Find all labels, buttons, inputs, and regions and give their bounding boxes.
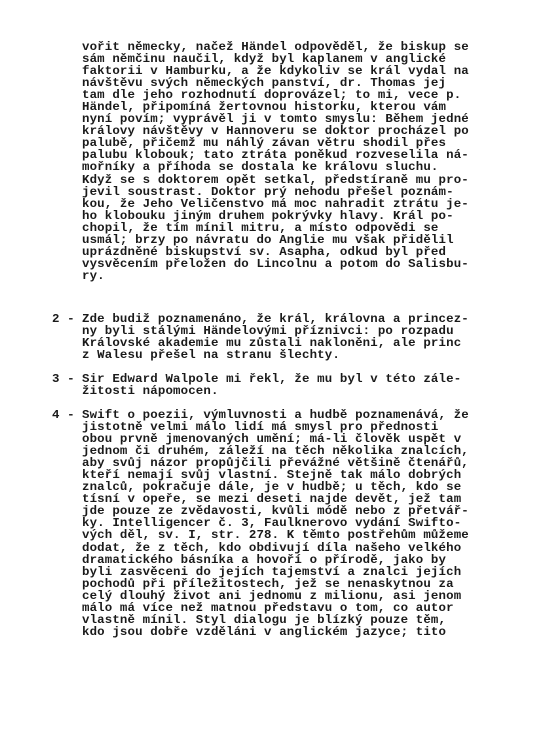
text-line: dodat, že z těch, kdo obdivují díla naše…	[82, 542, 469, 554]
footnote-body: Zde budiž poznamenáno, že král, královna…	[82, 313, 469, 361]
typewritten-page: vořit německy, načež Händel odpověděl, ž…	[0, 0, 541, 738]
text-line: byli zasvěceni do jejích tajemství a zna…	[82, 566, 469, 578]
text-line: celý dlouhý život ani jednomu z milionu,…	[82, 590, 469, 602]
footnote-marker: 2 -	[52, 313, 82, 325]
text-line: vých děl, sv. I, str. 278. K těmto postř…	[82, 529, 469, 541]
text-line: ho klobouku jiným druhem pokrývky hlavy.…	[82, 210, 469, 222]
text-line: kou, že Jeho Veličenstvo má moc nahradit…	[82, 198, 469, 210]
text-line: vysvěcením přeložen do Lincolnu a potom …	[82, 258, 469, 270]
footnote-marker: 3 -	[52, 373, 82, 385]
text-line: dramatického básníka a hovoří o přírodě,…	[82, 554, 469, 566]
text-line: chopil, že tím mínil mitru, a místo odpo…	[82, 222, 469, 234]
footnote-body: Swift o poezii, výmluvnosti a hudbě pozn…	[82, 409, 469, 638]
footnote-marker: 4 -	[52, 409, 82, 421]
text-line: Když se s doktorem opět setkal, předstír…	[82, 174, 469, 186]
text-line: usmál; brzy po návratu do Anglie mu však…	[82, 234, 469, 246]
footnote-2: 2 - Zde budiž poznamenáno, že král, král…	[52, 313, 82, 361]
text-line: z Walesu přešel na stranu šlechty.	[82, 349, 469, 361]
text-line: pochodů při příležitostech, jež se nenas…	[82, 578, 469, 590]
text-line: ry.	[82, 270, 469, 282]
footnote-body: Sir Edward Walpole mi řekl, že mu byl v …	[82, 373, 461, 397]
text-line: mořníky a příhoda se dostala ke královu …	[82, 161, 469, 173]
text-line: málo má více než matnou představu o tom,…	[82, 602, 469, 614]
text-line: jevil soustrast. Doktor prý nehodu přeše…	[82, 186, 469, 198]
footnote-4: 4 - Swift o poezii, výmluvnosti a hudbě …	[52, 409, 82, 457]
text-line: kdo jsou dobře vzděláni v anglickém jazy…	[82, 626, 469, 638]
continuation-paragraph: vořit německy, načež Händel odpověděl, ž…	[82, 41, 469, 282]
text-line: žitosti nápomocen.	[82, 385, 461, 397]
